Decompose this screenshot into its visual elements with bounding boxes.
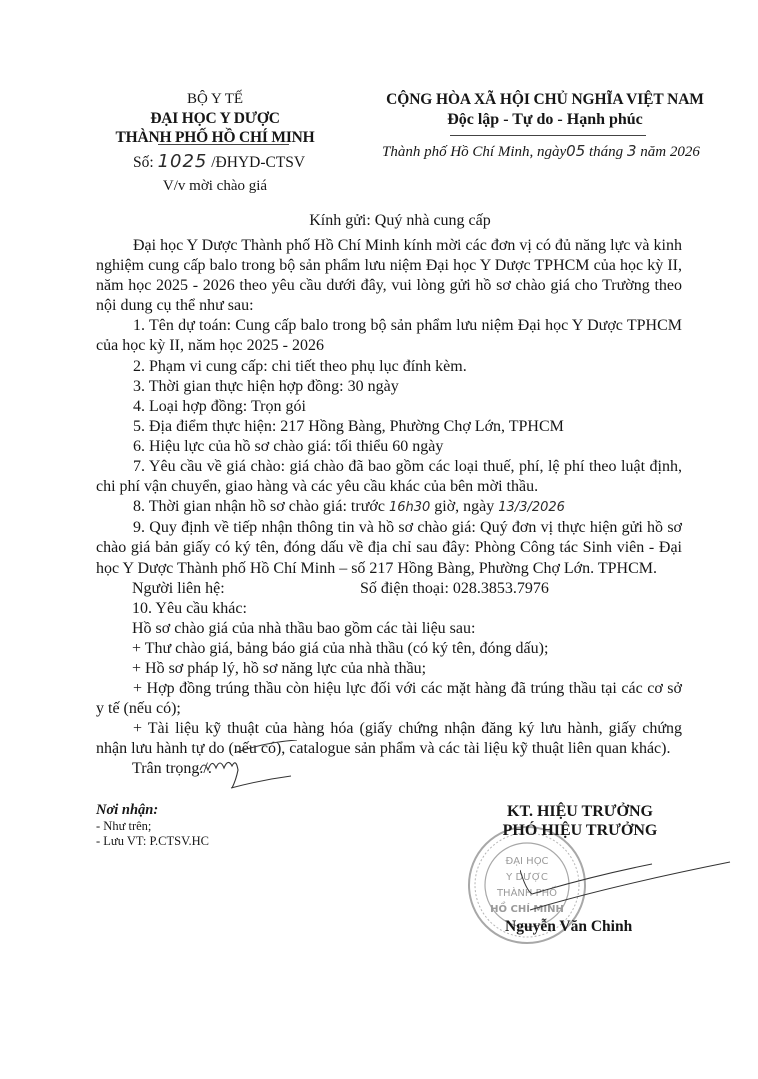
signer-block: KT. HIỆU TRƯỞNG PHÓ HIỆU TRƯỞNG [470,802,690,840]
document-number: Số: 1025 /ĐHYD-CTSV [133,151,305,172]
document-subject: V/v mời chào giá [100,178,330,195]
docs-intro: Hồ sơ chào giá của nhà thầu bao gồm các … [96,619,682,639]
deadline-time-handwritten: 16h30 [389,500,430,515]
signer-role-line2: PHÓ HIỆU TRƯỞNG [470,821,690,840]
salutation: Kính gửi: Quý nhà cung cấp [100,212,700,230]
list-item: 9. Quy định về tiếp nhận thông tin và hồ… [96,518,682,578]
issuer-underline [158,144,289,145]
letter-body: Đại học Y Dược Thành phố Hồ Chí Minh kín… [96,236,682,780]
initials-signature-icon [195,740,305,790]
contact-phone: Số điện thoại: 028.3853.7976 [360,579,549,599]
contact-person-label: Người liên hệ: [96,579,360,599]
document-date: Thành phố Hồ Chí Minh, ngày05 tháng 3 nă… [382,142,700,161]
recipients-block: Nơi nhận: - Như trên; - Lưu VT: P.CTSV.H… [96,802,316,849]
deadline-date-handwritten: 13/3/2026 [498,500,565,515]
list-item: 3. Thời gian thực hiện hợp đồng: 30 ngày [96,377,682,397]
contact-row: Người liên hệ: Số điện thoại: 028.3853.7… [96,579,682,599]
intro-paragraph: Đại học Y Dược Thành phố Hồ Chí Minh kín… [96,236,682,316]
deadline-mid: giờ, ngày [430,498,498,515]
deadline-label: 8. Thời gian nhận hồ sơ chào giá: trước [133,498,389,515]
date-day-handwritten: 05 [566,142,585,160]
date-year: năm 2026 [636,144,699,160]
document-number-suffix: /ĐHYD-CTSV [211,154,305,171]
recipient-item: - Lưu VT: P.CTSV.HC [96,834,316,849]
list-item: 1. Tên dự toán: Cung cấp balo trong bộ s… [96,316,682,356]
document-number-label: Số: [133,154,154,171]
doc-item: + Tài liệu kỹ thuật của hàng hóa (giấy c… [96,719,682,759]
list-item: 6. Hiệu lực của hồ sơ chào giá: tối thiể… [96,437,682,457]
doc-item: + Thư chào giá, bảng báo giá của nhà thầ… [96,639,682,659]
national-title: CỘNG HÒA XÃ HỘI CHỦ NGHĨA VIỆT NAM [380,90,710,109]
date-month-label: tháng [585,144,627,160]
list-item: 2. Phạm vi cung cấp: chi tiết theo phụ l… [96,357,682,377]
issuer-block: BỘ Y TẾ ĐẠI HỌC Y DƯỢC THÀNH PHỐ HỒ CHÍ … [100,90,330,147]
date-prefix: Thành phố Hồ Chí Minh, ngày [382,144,566,160]
signer-role-line1: KT. HIỆU TRƯỞNG [470,802,690,821]
national-motto: Độc lập - Tự do - Hạnh phúc [380,109,710,130]
document-number-handwritten: 1025 [158,151,208,172]
national-header: CỘNG HÒA XÃ HỘI CHỦ NGHĨA VIỆT NAM Độc l… [380,90,710,130]
doc-item: + Hợp đồng trúng thầu còn hiệu lực đối v… [96,679,682,719]
list-item: 4. Loại hợp đồng: Trọn gói [96,397,682,417]
doc-item: + Hồ sơ pháp lý, hồ sơ năng lực của nhà … [96,659,682,679]
signer-name: Nguyễn Văn Chinh [505,918,632,936]
list-item: 10. Yêu cầu khác: [96,599,682,619]
closing: Trân trọng./. [96,759,682,779]
list-item: 7. Yêu cầu về giá chào: giá chào đã bao … [96,457,682,497]
list-item-deadline: 8. Thời gian nhận hồ sơ chào giá: trước … [96,497,682,518]
ministry-name: BỘ Y TẾ [100,90,330,109]
list-item: 5. Địa điểm thực hiện: 217 Hồng Bàng, Ph… [96,417,682,437]
university-name-line1: ĐẠI HỌC Y DƯỢC [100,109,330,128]
recipients-title: Nơi nhận: [96,802,316,819]
recipient-item: - Như trên; [96,819,316,834]
motto-underline [450,135,646,136]
